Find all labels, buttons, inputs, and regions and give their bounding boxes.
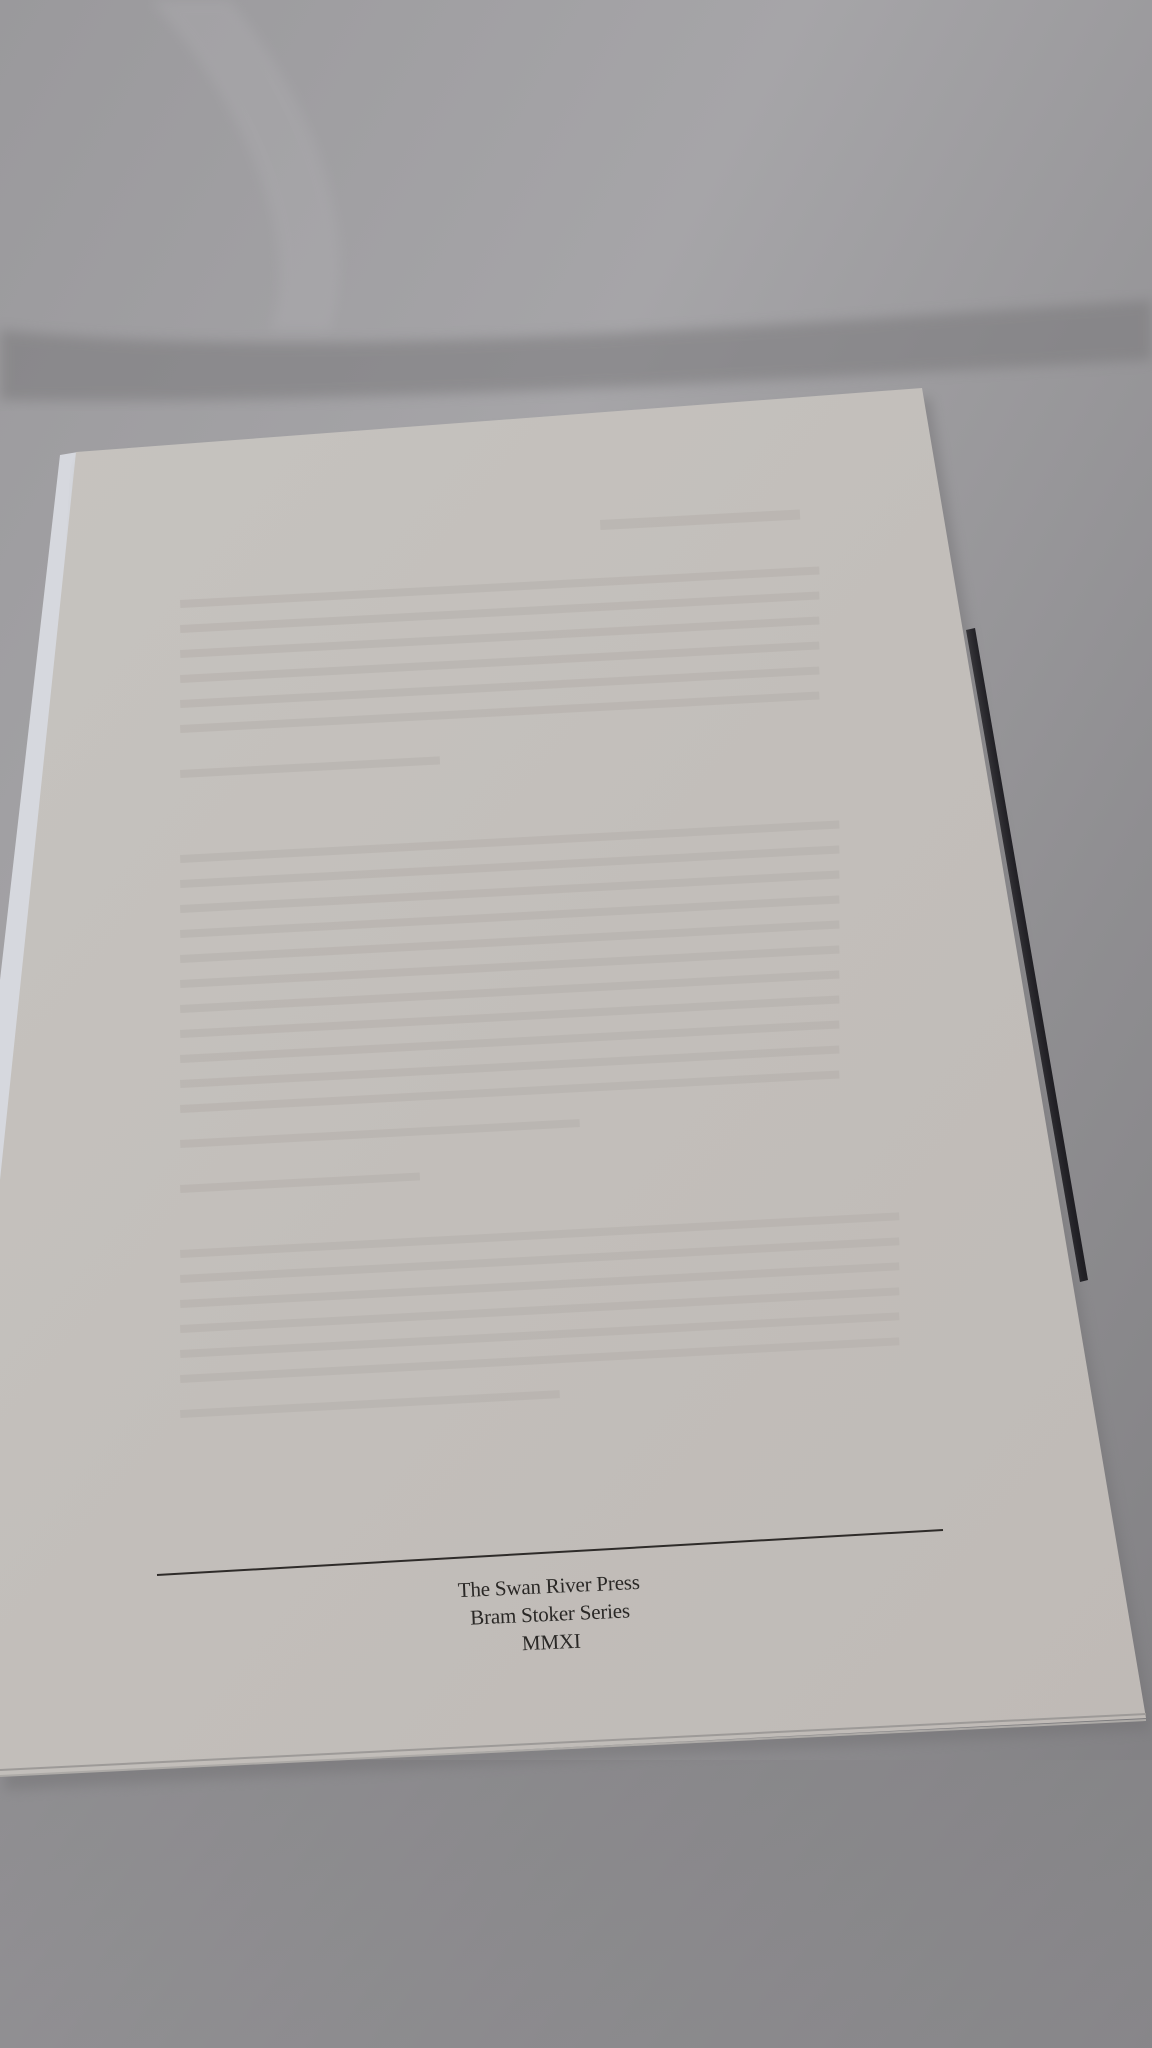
colophon-imprint: The Swan River Press Bram Stoker Series … — [418, 1566, 682, 1662]
photo-scene — [0, 0, 1152, 2048]
cloth-lower — [0, 1760, 1152, 2048]
